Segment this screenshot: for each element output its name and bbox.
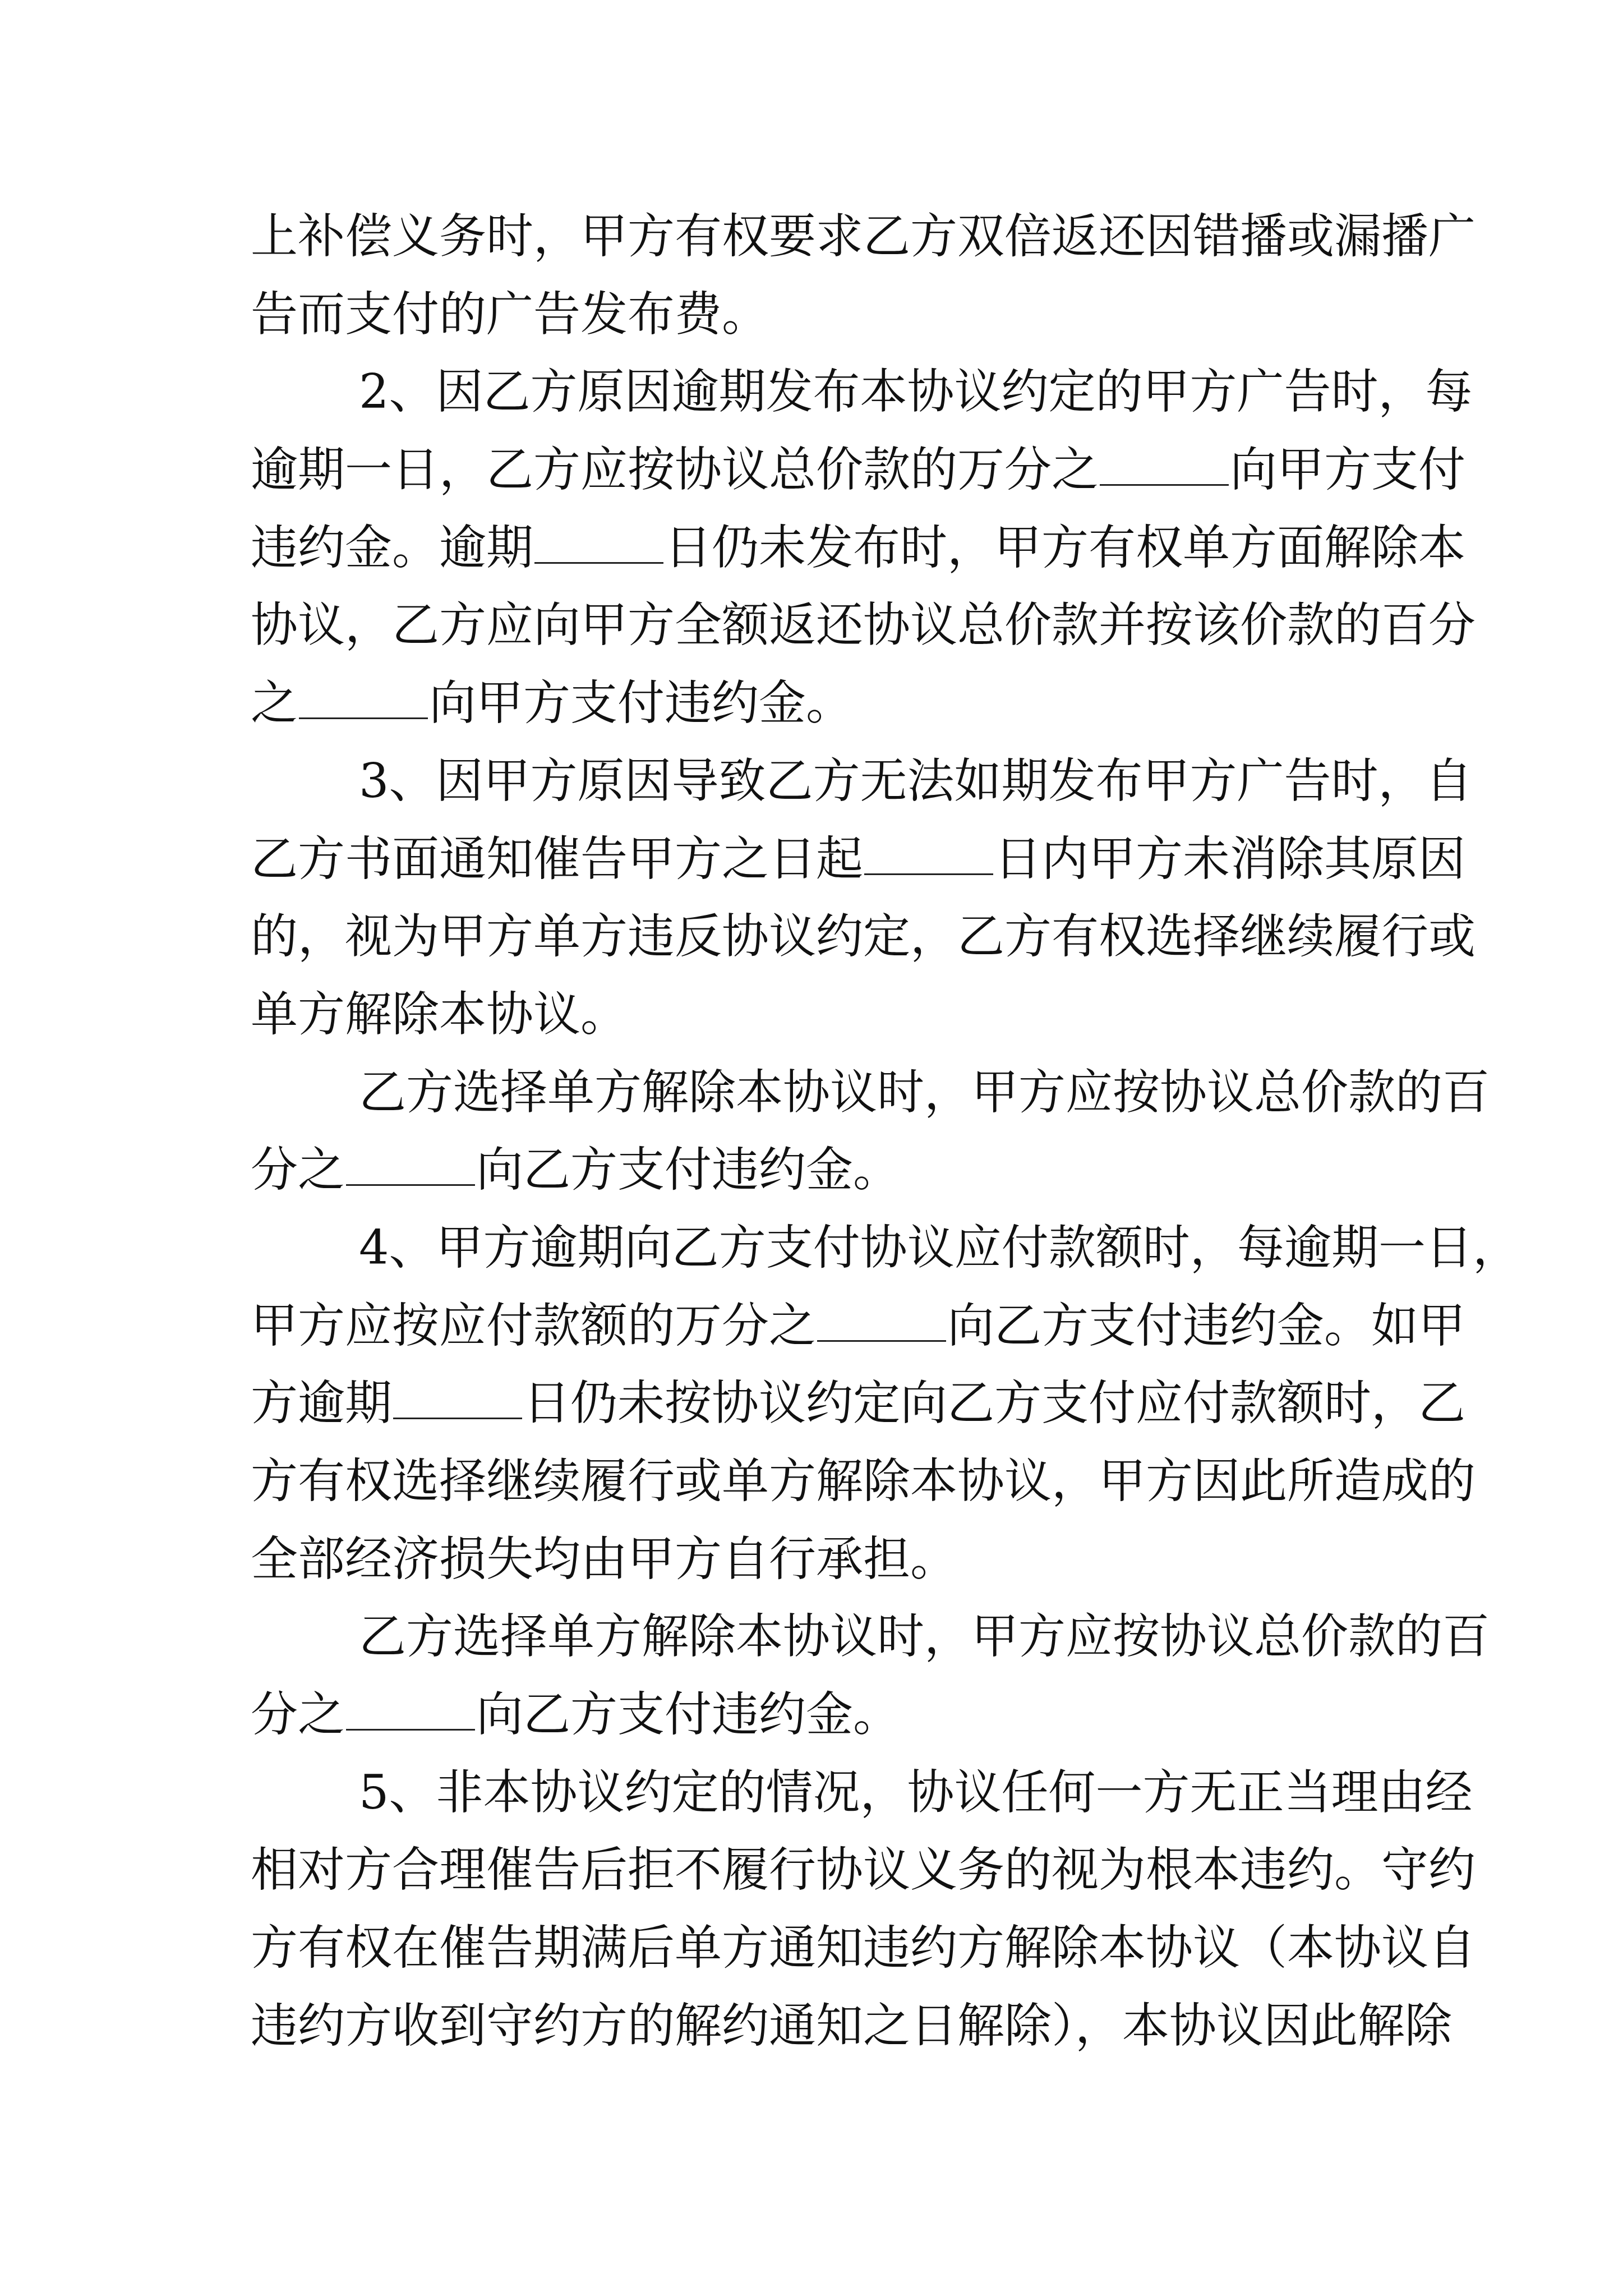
fill-in-blank[interactable]: [346, 1151, 475, 1186]
text-segment: 日内甲方未消除其原因: [994, 831, 1465, 886]
text-segment: 乙方选择单方解除本协议时，甲方应按协议总价款的百: [359, 1609, 1490, 1664]
text-line: 告而支付的广告发布费。: [251, 275, 1387, 353]
text-line: 协议，乙方应向甲方全额返还协议总价款并按该价款的百分: [251, 586, 1387, 664]
fill-in-blank[interactable]: [817, 1306, 946, 1342]
text-segment: 单方解除本协议。: [251, 987, 628, 1042]
text-line: 分之向乙方支付违约金。: [251, 1131, 1387, 1209]
text-segment: 协议，乙方应向甲方全额返还协议总价款并按该价款的百分: [251, 597, 1476, 652]
text-line: 违约方收到守约方的解约通知之日解除），本协议因此解除: [251, 1987, 1387, 2065]
text-line: 全部经济损失均由甲方自行承担。: [251, 1520, 1387, 1598]
text-line: 逾期一日，乙方应按协议总价款的万分之向甲方支付: [251, 431, 1387, 509]
text-segment: 违约金。逾期: [251, 520, 533, 575]
text-segment: 乙方选择单方解除本协议时，甲方应按协议总价款的百: [359, 1065, 1490, 1120]
text-segment: 之: [251, 675, 298, 730]
text-segment: 全部经济损失均由甲方自行承担。: [251, 1531, 957, 1586]
fill-in-blank[interactable]: [299, 684, 428, 719]
text-segment: 逾期一日，乙方应按协议总价款的万分之: [251, 442, 1099, 497]
text-segment: 向乙方支付违约金。如甲: [947, 1298, 1465, 1353]
fill-in-blank[interactable]: [534, 528, 663, 564]
text-line: 4、甲方逾期向乙方支付协议应付款额时，每逾期一日，: [251, 1209, 1520, 1287]
text-line: 方逾期日仍未按协议约定向乙方支付应付款额时，乙: [251, 1364, 1387, 1442]
text-segment: 乙方书面通知催告甲方之日起: [251, 831, 863, 886]
text-segment: 方有权选择继续履行或单方解除本协议，甲方因此所造成的: [251, 1453, 1476, 1508]
text-line: 乙方选择单方解除本协议时，甲方应按协议总价款的百: [251, 1598, 1387, 1676]
text-segment: 分之: [251, 1687, 345, 1742]
fill-in-blank[interactable]: [346, 1695, 475, 1731]
text-segment: 4、甲方逾期向乙方支付协议应付款额时，每逾期一日，: [359, 1220, 1520, 1275]
fill-in-blank[interactable]: [1100, 450, 1229, 486]
text-line: 违约金。逾期日仍未发布时，甲方有权单方面解除本: [251, 509, 1387, 587]
text-segment: 2、因乙方原因逾期发布本协议约定的甲方广告时，每: [359, 364, 1472, 419]
fill-in-blank[interactable]: [864, 840, 993, 875]
text-line: 的，视为甲方单方违反协议约定，乙方有权选择继续履行或: [251, 898, 1387, 976]
text-line: 方有权在催告期满后单方通知违约方解除本协议（本协议自: [251, 1909, 1387, 1987]
text-segment: 违约方收到守约方的解约通知之日解除），本协议因此解除: [251, 1998, 1452, 2053]
text-segment: 3、因甲方原因导致乙方无法如期发布甲方广告时，自: [359, 753, 1472, 808]
text-line: 相对方合理催告后拒不履行协议义务的视为根本违约。守约: [251, 1831, 1387, 1909]
text-segment: 分之: [251, 1142, 345, 1197]
text-segment: 方有权在催告期满后单方通知违约方解除本协议（本协议自: [251, 1920, 1476, 1975]
contract-body-text: 上补偿义务时，甲方有权要求乙方双倍返还因错播或漏播广告而支付的广告发布费。2、因…: [251, 197, 1387, 2065]
text-line: 分之向乙方支付违约金。: [251, 1676, 1387, 1754]
text-segment: 向甲方支付违约金。: [429, 675, 853, 730]
text-segment: 5、非本协议约定的情况，协议任何一方无正当理由经: [359, 1765, 1472, 1820]
text-segment: 日仍未发布时，甲方有权单方面解除本: [665, 520, 1465, 575]
text-line: 甲方应按应付款额的万分之向乙方支付违约金。如甲: [251, 1287, 1387, 1365]
text-segment: 日仍未按协议约定向乙方支付应付款额时，乙: [523, 1375, 1465, 1430]
text-segment: 上补偿义务时，甲方有权要求乙方双倍返还因错播或漏播广: [251, 209, 1476, 264]
text-segment: 方逾期: [251, 1375, 392, 1430]
text-line: 单方解除本协议。: [251, 976, 1387, 1053]
document-page: 上补偿义务时，甲方有权要求乙方双倍返还因错播或漏播广告而支付的广告发布费。2、因…: [0, 0, 1623, 2296]
text-line: 上补偿义务时，甲方有权要求乙方双倍返还因错播或漏播广: [251, 197, 1387, 275]
text-line: 5、非本协议约定的情况，协议任何一方无正当理由经: [251, 1754, 1387, 1832]
text-line: 方有权选择继续履行或单方解除本协议，甲方因此所造成的: [251, 1442, 1387, 1520]
text-line: 2、因乙方原因逾期发布本协议约定的甲方广告时，每: [251, 353, 1387, 431]
text-segment: 向甲方支付: [1230, 442, 1465, 497]
text-line: 乙方选择单方解除本协议时，甲方应按协议总价款的百: [251, 1053, 1387, 1131]
text-segment: 相对方合理催告后拒不履行协议义务的视为根本违约。守约: [251, 1842, 1476, 1897]
text-line: 3、因甲方原因导致乙方无法如期发布甲方广告时，自: [251, 742, 1387, 820]
text-segment: 甲方应按应付款额的万分之: [251, 1298, 816, 1353]
fill-in-blank[interactable]: [393, 1384, 522, 1419]
text-segment: 告而支付的广告发布费。: [251, 287, 769, 342]
text-segment: 向乙方支付违约金。: [476, 1687, 900, 1742]
text-line: 之向甲方支付违约金。: [251, 664, 1387, 742]
text-line: 乙方书面通知催告甲方之日起日内甲方未消除其原因: [251, 820, 1387, 898]
text-segment: 向乙方支付违约金。: [476, 1142, 900, 1197]
text-segment: 的，视为甲方单方违反协议约定，乙方有权选择继续履行或: [251, 909, 1476, 964]
